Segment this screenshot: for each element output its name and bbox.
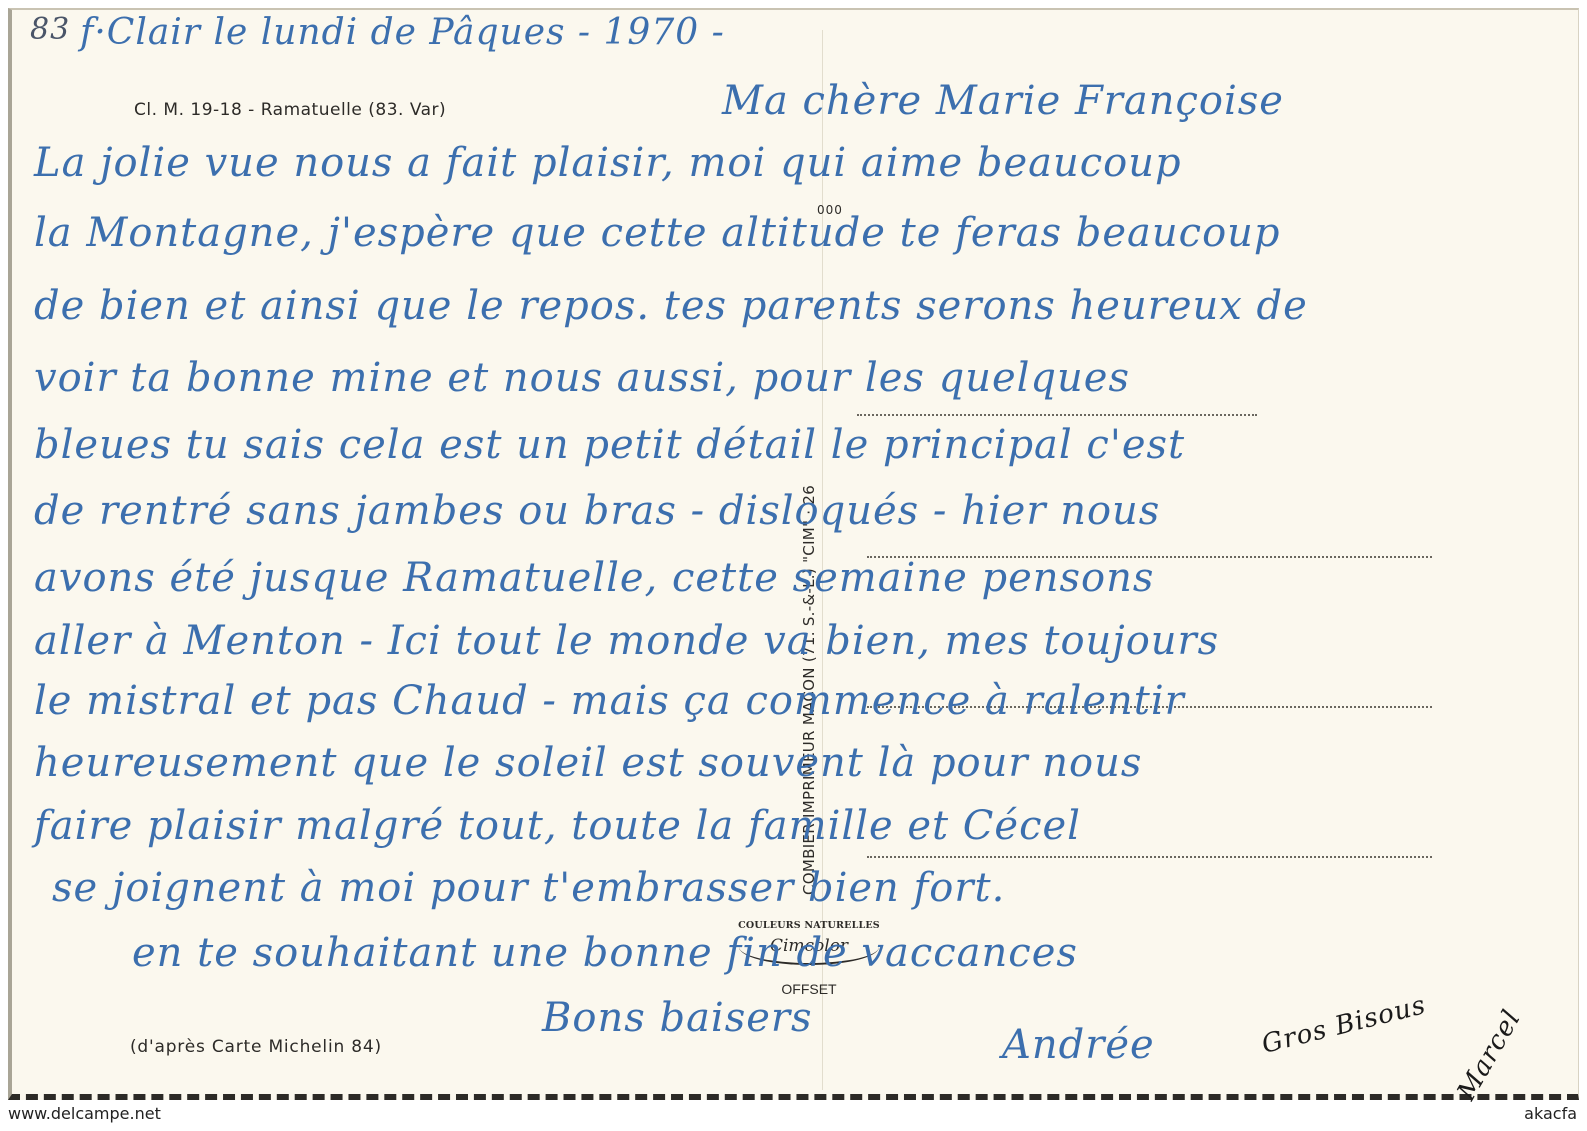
watermark-seller: akacfa [1524,1104,1577,1123]
handwritten-line: heureusement que le soleil est souvent l… [34,740,1142,786]
handwritten-line: en te souhaitant une bonne fin de vaccan… [132,930,1078,976]
postcard-back: Cl. M. 19-18 - Ramatuelle (83. Var) (d'a… [8,8,1579,1100]
handwritten-line: le mistral et pas Chaud - mais ça commen… [34,678,1185,724]
handwritten-line: La jolie vue nous a fait plaisir, moi qu… [34,140,1182,186]
handwritten-annotation: 83 [30,12,70,47]
printed-caption: Cl. M. 19-18 - Ramatuelle (83. Var) [134,100,446,120]
signature-gros-bisous: Gros Bisous [1259,990,1429,1060]
handwritten-line: aller à Menton - Ici tout le monde va bi… [34,618,1219,664]
handwritten-line: voir ta bonne mine et nous aussi, pour l… [34,355,1130,401]
signature-andree: Andrée [1002,1022,1155,1068]
handwritten-line: se joignent à moi pour t'embrasser bien … [52,865,1005,911]
handwritten-closing: Bons baisers [542,995,813,1041]
address-line [857,414,1257,416]
handwritten-line: avons été jusque Ramatuelle, cette semai… [34,555,1154,601]
address-line [867,856,1432,858]
printed-map-source: (d'après Carte Michelin 84) [130,1037,382,1057]
handwritten-header: f·Clair le lundi de Pâques - 1970 - [80,12,725,53]
handwritten-greeting: Ma chère Marie Françoise [722,78,1284,124]
signature-marcel: Marcel [1452,1005,1527,1106]
handwritten-line: la Montagne, j'espère que cette altitude… [34,210,1281,256]
handwritten-line: de rentré sans jambes ou bras - disloqué… [34,488,1160,534]
handwritten-line: bleues tu sais cela est un petit détail … [34,422,1185,468]
handwritten-line: faire plaisir malgré tout, toute la fami… [34,803,1081,849]
watermark-delcampe: www.delcampe.net [8,1104,161,1123]
handwritten-line: de bien et ainsi que le repos. tes paren… [34,283,1308,329]
